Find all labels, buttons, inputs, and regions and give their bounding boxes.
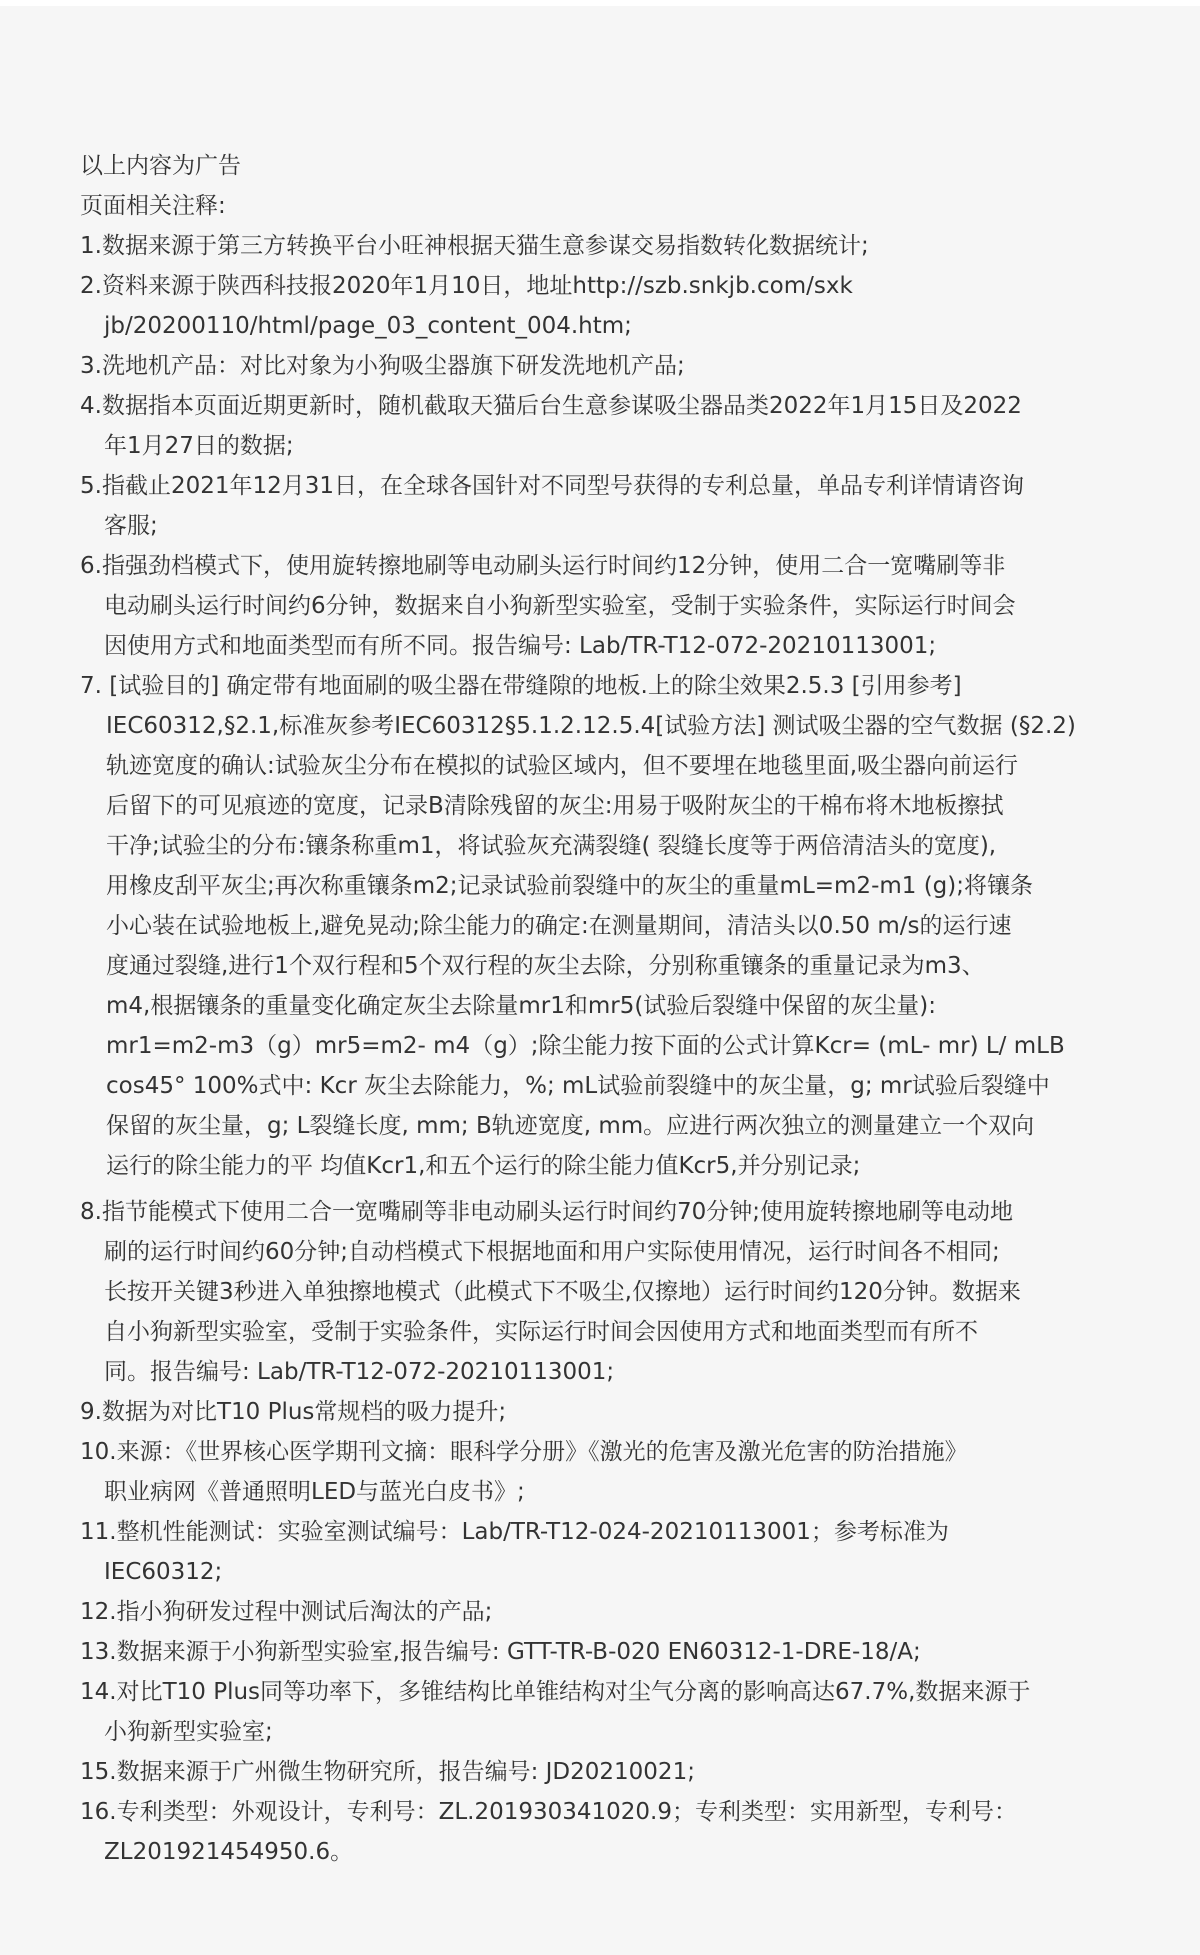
note-item-4: 4.数据指本页面近期更新时，随机截取天猫后台生意参谋吸尘器品类2022年1月15… xyxy=(80,386,1120,466)
note-line: 后留下的可见痕迹的宽度，记录B清除残留的灰尘:用易于吸附灰尘的干棉布将木地板擦拭 xyxy=(80,786,1120,826)
note-item-16: 16.专利类型：外观设计，专利号：ZL.201930341020.9；专利类型：… xyxy=(80,1792,1120,1872)
note-item-11: 11.整机性能测试：实验室测试编号：Lab/TR-T12-024-2021011… xyxy=(80,1512,1120,1592)
footnotes-section: 以上内容为广告 页面相关注释: 1.数据来源于第三方转换平台小旺神根据天猫生意参… xyxy=(80,146,1120,1872)
note-line: 职业病网《普通照明LED与蓝光白皮书》; xyxy=(80,1472,1120,1512)
page-background: 以上内容为广告 页面相关注释: 1.数据来源于第三方转换平台小旺神根据天猫生意参… xyxy=(0,6,1200,1955)
note-line: 年1月27日的数据; xyxy=(80,426,1120,466)
note-line: 轨迹宽度的确认:试验灰尘分布在模拟的试验区域内，但不要埋在地毯里面,吸尘器向前运… xyxy=(80,746,1120,786)
note-line: 客服; xyxy=(80,506,1120,546)
ad-notice: 以上内容为广告 xyxy=(80,146,1120,186)
note-line: 同。报告编号: Lab/TR-T12-072-20210113001; xyxy=(80,1352,1120,1392)
note-item-1: 1.数据来源于第三方转换平台小旺神根据天猫生意参谋交易指数转化数据统计; xyxy=(80,226,1120,266)
note-line: 13.数据来源于小狗新型实验室,报告编号: GTT-TR-B-020 EN603… xyxy=(80,1632,1120,1672)
note-line: 6.指强劲档模式下，使用旋转擦地刷等电动刷头运行时间约12分钟，使用二合一宽嘴刷… xyxy=(80,546,1120,586)
note-line: 刷的运行时间约60分钟;自动档模式下根据地面和用户实际使用情况，运行时间各不相同… xyxy=(80,1232,1120,1272)
note-item-2: 2.资料来源于陕西科技报2020年1月10日，地址http://szb.snkj… xyxy=(80,266,1120,346)
note-line: 11.整机性能测试：实验室测试编号：Lab/TR-T12-024-2021011… xyxy=(80,1512,1120,1552)
note-line: 长按开关键3秒进入单独擦地模式（此模式下不吸尘,仅擦地）运行时间约120分钟。数… xyxy=(80,1272,1120,1312)
note-item-7: 7. [试验目的] 确定带有地面刷的吸尘器在带缝隙的地板.上的除尘效果2.5.3… xyxy=(80,666,1120,1186)
note-line: jb/20200110/html/page_03_content_004.htm… xyxy=(80,306,1120,346)
note-line: m4,根据镶条的重量变化确定灰尘去除量mr1和mr5(试验后裂缝中保留的灰尘量)… xyxy=(80,986,1120,1026)
note-line: 15.数据来源于广州微生物研究所，报告编号: JD20210021; xyxy=(80,1752,1120,1792)
note-line: 运行的除尘能力的平 均值Kcr1,和五个运行的除尘能力值Kcr5,并分别记录; xyxy=(80,1146,1120,1186)
note-line: 用橡皮刮平灰尘;再次称重镶条m2;记录试验前裂缝中的灰尘的重量mL=m2-m1 … xyxy=(80,866,1120,906)
note-line: 12.指小狗研发过程中测试后淘汰的产品; xyxy=(80,1592,1120,1632)
note-item-14: 14.对比T10 Plus同等功率下，多锥结构比单锥结构对尘气分离的影响高达67… xyxy=(80,1672,1120,1752)
note-line: 2.资料来源于陕西科技报2020年1月10日，地址http://szb.snkj… xyxy=(80,266,1120,306)
note-line: 自小狗新型实验室，受制于实验条件，实际运行时间会因使用方式和地面类型而有所不 xyxy=(80,1312,1120,1352)
note-line: 4.数据指本页面近期更新时，随机截取天猫后台生意参谋吸尘器品类2022年1月15… xyxy=(80,386,1120,426)
note-item-9: 9.数据为对比T10 Plus常规档的吸力提升; xyxy=(80,1392,1120,1432)
note-line: mr1=m2-m3（g）mr5=m2- m4（g）;除尘能力按下面的公式计算Kc… xyxy=(80,1026,1120,1066)
note-item-13: 13.数据来源于小狗新型实验室,报告编号: GTT-TR-B-020 EN603… xyxy=(80,1632,1120,1672)
note-line: ZL201921454950.6。 xyxy=(80,1832,1120,1872)
note-line: 小心装在试验地板上,避免晃动;除尘能力的确定:在测量期间，清洁头以0.50 m/… xyxy=(80,906,1120,946)
note-item-15: 15.数据来源于广州微生物研究所，报告编号: JD20210021; xyxy=(80,1752,1120,1792)
note-line: 电动刷头运行时间约6分钟，数据来自小狗新型实验室，受制于实验条件，实际运行时间会 xyxy=(80,586,1120,626)
note-line: 9.数据为对比T10 Plus常规档的吸力提升; xyxy=(80,1392,1120,1432)
note-line: 因使用方式和地面类型而有所不同。报告编号: Lab/TR-T12-072-202… xyxy=(80,626,1120,666)
note-line: 10.来源：《世界核心医学期刊文摘：眼科学分册》《激光的危害及激光危害的防治措施… xyxy=(80,1432,1120,1472)
note-line: cos45° 100%式中: Kcr 灰尘去除能力，%; mL试验前裂缝中的灰尘… xyxy=(80,1066,1120,1106)
note-line: 3.洗地机产品：对比对象为小狗吸尘器旗下研发洗地机产品; xyxy=(80,346,1120,386)
note-line: 16.专利类型：外观设计，专利号：ZL.201930341020.9；专利类型：… xyxy=(80,1792,1120,1832)
note-item-5: 5.指截止2021年12月31日，在全球各国针对不同型号获得的专利总量，单品专利… xyxy=(80,466,1120,546)
note-line: 保留的灰尘量，g; L裂缝长度, mm; B轨迹宽度, mm。应进行两次独立的测… xyxy=(80,1106,1120,1146)
note-item-10: 10.来源：《世界核心医学期刊文摘：眼科学分册》《激光的危害及激光危害的防治措施… xyxy=(80,1432,1120,1512)
note-line: IEC60312; xyxy=(80,1552,1120,1592)
note-line: 小狗新型实验室; xyxy=(80,1712,1120,1752)
note-item-3: 3.洗地机产品：对比对象为小狗吸尘器旗下研发洗地机产品; xyxy=(80,346,1120,386)
note-item-12: 12.指小狗研发过程中测试后淘汰的产品; xyxy=(80,1592,1120,1632)
notes-title: 页面相关注释: xyxy=(80,186,1120,226)
note-item-8: 8.指节能模式下使用二合一宽嘴刷等非电动刷头运行时间约70分钟;使用旋转擦地刷等… xyxy=(80,1192,1120,1392)
note-line: 8.指节能模式下使用二合一宽嘴刷等非电动刷头运行时间约70分钟;使用旋转擦地刷等… xyxy=(80,1192,1120,1232)
note-line: 度通过裂缝,进行1个双行程和5个双行程的灰尘去除，分别称重镶条的重量记录为m3、 xyxy=(80,946,1120,986)
note-line: 5.指截止2021年12月31日，在全球各国针对不同型号获得的专利总量，单品专利… xyxy=(80,466,1120,506)
note-item-6: 6.指强劲档模式下，使用旋转擦地刷等电动刷头运行时间约12分钟，使用二合一宽嘴刷… xyxy=(80,546,1120,666)
note-line: IEC60312,§2.1,标准灰参考IEC60312§5.1.2.12.5.4… xyxy=(80,706,1120,746)
note-line: 14.对比T10 Plus同等功率下，多锥结构比单锥结构对尘气分离的影响高达67… xyxy=(80,1672,1120,1712)
note-line: 1.数据来源于第三方转换平台小旺神根据天猫生意参谋交易指数转化数据统计; xyxy=(80,226,1120,266)
note-line: 7. [试验目的] 确定带有地面刷的吸尘器在带缝隙的地板.上的除尘效果2.5.3… xyxy=(80,666,1120,706)
note-line: 干净;试验尘的分布:镶条称重m1，将试验灰充满裂缝( 裂缝长度等于两倍清洁头的宽… xyxy=(80,826,1120,866)
